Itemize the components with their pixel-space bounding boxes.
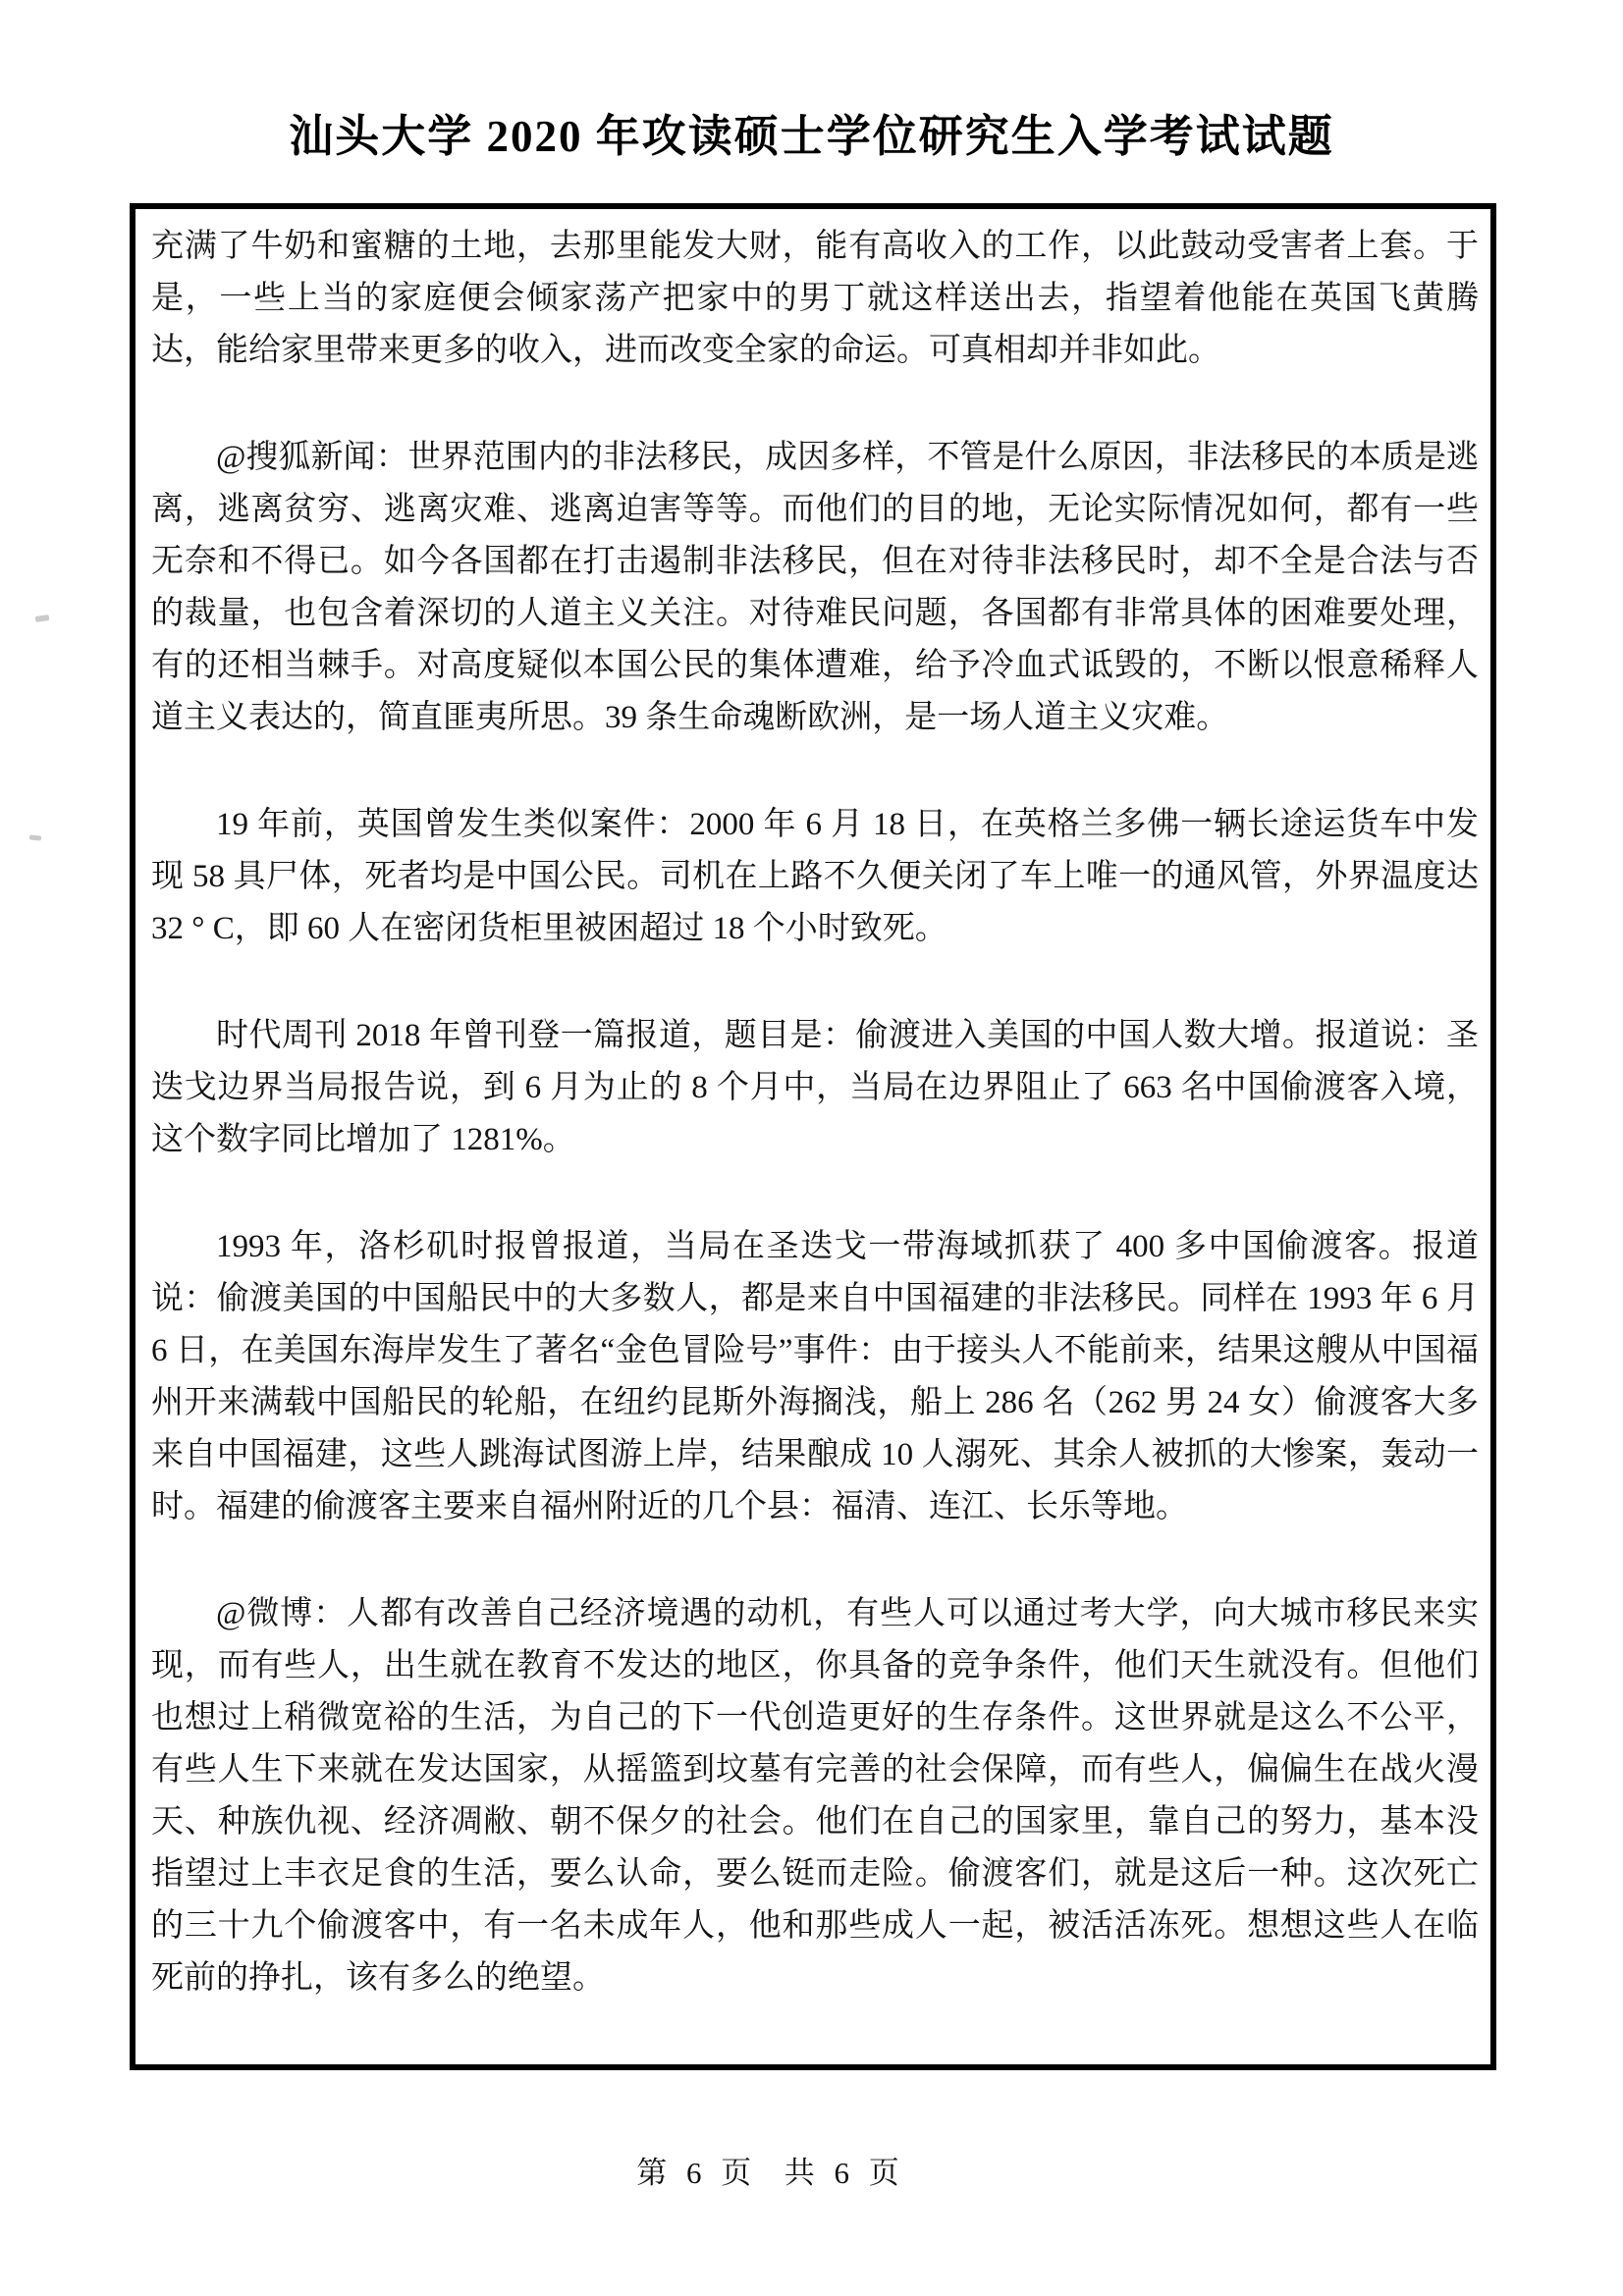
scan-artifact [29, 834, 41, 840]
page-title: 汕头大学 2020 年攻读硕士学位研究生入学考试试题 [0, 100, 1623, 164]
paragraph-weibo: @微博：人都有改善自己经济境遇的动机，有些人可以通过考大学，向大城市移民来实现，… [151, 1588, 1479, 2004]
page-number-footer: 第 6 页 共 6 页 [0, 2148, 1542, 2192]
scan-artifact [35, 614, 50, 622]
paragraph-golden-venture: 1993 年，洛杉矶时报曾报道，当局在圣迭戈一带海域抓获了 400 多中国偷渡客… [151, 1221, 1479, 1533]
paragraph-continuation: 充满了牛奶和蜜糖的土地，去那里能发大财，能有高收入的工作，以此鼓动受害者上套。于… [151, 221, 1479, 377]
exam-content-frame: 充满了牛奶和蜜糖的土地，去那里能发大财，能有高收入的工作，以此鼓动受害者上套。于… [130, 203, 1496, 2070]
paragraph-dover-case: 19 年前，英国曾发生类似案件：2000 年 6 月 18 日，在英格兰多佛一辆… [151, 799, 1479, 955]
paragraph-time-report: 时代周刊 2018 年曾刊登一篇报道，题目是：偷渡进入美国的中国人数大增。报道说… [151, 1010, 1479, 1166]
paragraph-sohu-news: @搜狐新闻：世界范围内的非法移民，成因多样，不管是什么原因，非法移民的本质是逃离… [151, 432, 1479, 744]
